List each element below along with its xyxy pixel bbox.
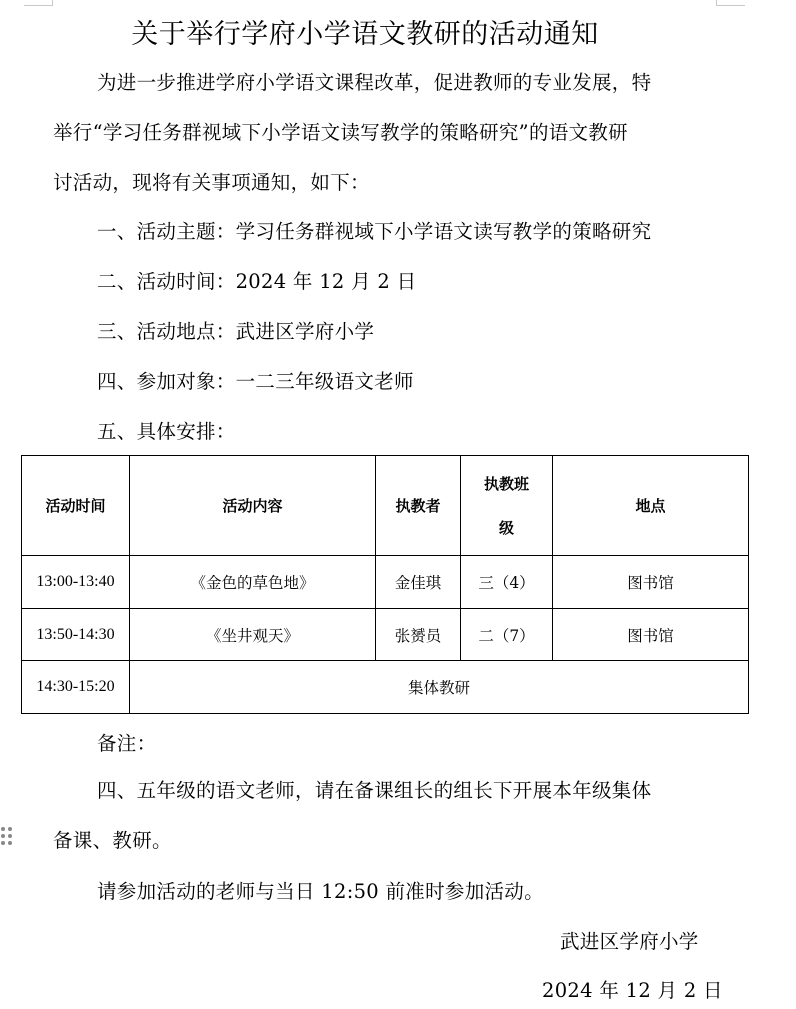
cell-location: 图书馆 — [553, 556, 749, 609]
item-participants: 四、参加对象：一二三年级语文老师 — [97, 366, 414, 394]
cell-teacher: 张赟员 — [376, 609, 461, 661]
cell-content: 《坐井观天》 — [130, 609, 376, 661]
cell-class: 二（7） — [461, 609, 553, 661]
intro-line-2: 举行“学习任务群视域下小学语文读写教学的策略研究”的语文教研 — [53, 117, 628, 145]
cell-content-merged: 集体教研 — [130, 661, 749, 714]
cell-location: 图书馆 — [553, 609, 749, 661]
header-class: 执教班 级 — [461, 456, 553, 556]
signature-date: 2024 年 12 月 2 日 — [542, 975, 723, 1003]
header-content: 活动内容 — [130, 456, 376, 556]
notes-label: 备注： — [97, 728, 156, 756]
cell-class: 三（4） — [461, 556, 553, 609]
page-corner-mark-left — [24, 0, 53, 6]
cell-time: 13:50-14:30 — [22, 609, 130, 661]
item-theme: 一、活动主题：学习任务群视域下小学语文读写教学的策略研究 — [97, 216, 651, 244]
item-time: 二、活动时间：2024 年 12 月 2 日 — [97, 266, 416, 294]
intro-line-1: 为进一步推进学府小学语文课程改革，促进教师的专业发展，特 — [97, 67, 651, 95]
drag-handle-icon[interactable] — [0, 826, 14, 848]
item-schedule-label: 五、具体安排： — [97, 416, 236, 444]
signature-org: 武进区学府小学 — [560, 926, 699, 954]
page-corner-mark-right — [716, 0, 745, 6]
header-class-line-2: 级 — [461, 506, 552, 550]
cell-content: 《金色的草色地》 — [130, 556, 376, 609]
table-row: 14:30-15:20 集体教研 — [22, 661, 749, 714]
notes-line-2: 备课、教研。 — [53, 825, 172, 853]
header-location: 地点 — [553, 456, 749, 556]
cell-time: 13:00-13:40 — [22, 556, 130, 609]
document-title: 关于举行学府小学语文教研的活动通知 — [0, 12, 730, 51]
header-teacher: 执教者 — [376, 456, 461, 556]
header-class-line-1: 执教班 — [461, 462, 552, 506]
table-row: 13:50-14:30 《坐井观天》 张赟员 二（7） 图书馆 — [22, 609, 749, 661]
notes-line-1: 四、五年级的语文老师，请在备课组长的组长下开展本年级集体 — [97, 775, 651, 803]
intro-line-3: 讨活动，现将有关事项通知，如下： — [53, 167, 370, 195]
cell-time: 14:30-15:20 — [22, 661, 130, 714]
schedule-table: 活动时间 活动内容 执教者 执教班 级 地点 13:00-13:40 《金色的草… — [21, 455, 749, 714]
table-row: 13:00-13:40 《金色的草色地》 金佳琪 三（4） 图书馆 — [22, 556, 749, 609]
notes-line-3: 请参加活动的老师与当日 12:50 前准时参加活动。 — [97, 876, 544, 904]
header-time: 活动时间 — [22, 456, 130, 556]
item-location: 三、活动地点：武进区学府小学 — [97, 316, 374, 344]
table-header-row: 活动时间 活动内容 执教者 执教班 级 地点 — [22, 456, 749, 556]
cell-teacher: 金佳琪 — [376, 556, 461, 609]
